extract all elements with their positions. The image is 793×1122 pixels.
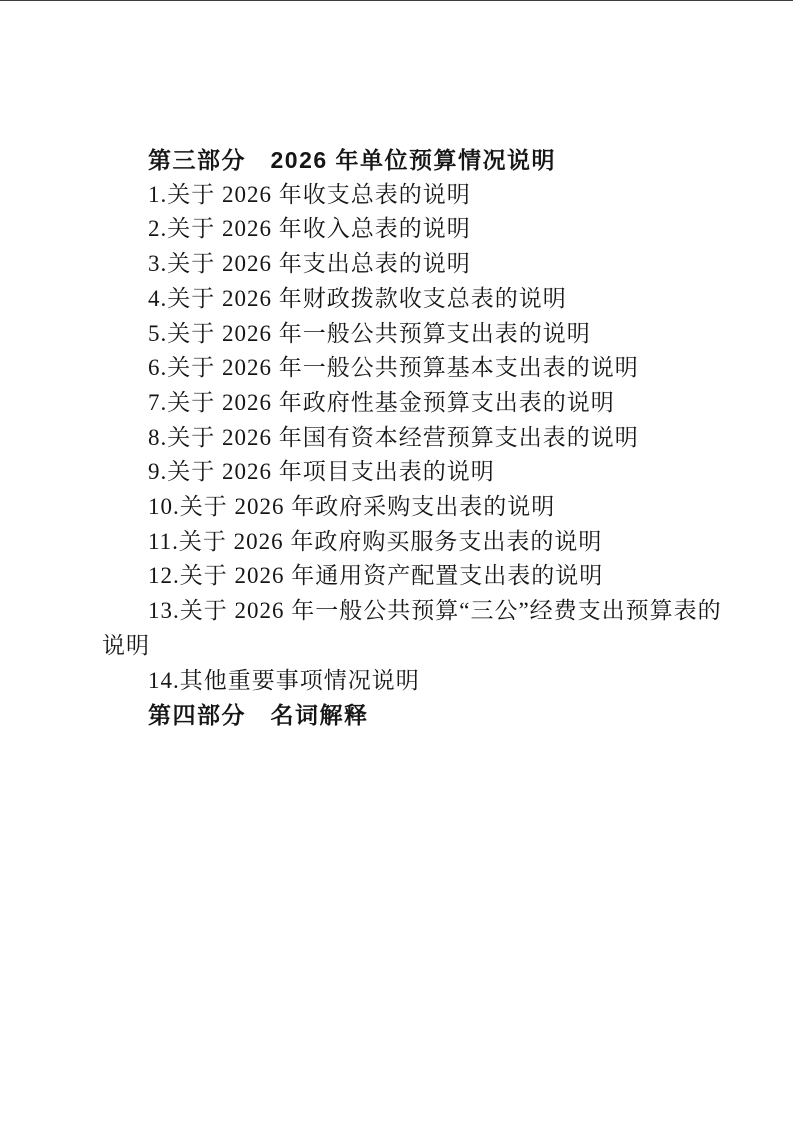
toc-item-8: 8.关于 2026 年国有资本经营预算支出表的说明 xyxy=(102,421,691,456)
toc-content: 第三部分 2026 年单位预算情况说明 1.关于 2026 年收支总表的说明 2… xyxy=(102,143,691,733)
toc-item-13-continuation: 说明 xyxy=(102,629,691,664)
toc-item-2: 2.关于 2026 年收入总表的说明 xyxy=(102,212,691,247)
section3-heading: 第三部分 2026 年单位预算情况说明 xyxy=(102,143,691,178)
document-page: 第三部分 2026 年单位预算情况说明 1.关于 2026 年收支总表的说明 2… xyxy=(0,0,793,1122)
toc-item-7: 7.关于 2026 年政府性基金预算支出表的说明 xyxy=(102,386,691,421)
toc-item-4: 4.关于 2026 年财政拨款收支总表的说明 xyxy=(102,282,691,317)
toc-item-9: 9.关于 2026 年项目支出表的说明 xyxy=(102,455,691,490)
toc-item-13: 13.关于 2026 年一般公共预算“三公”经费支出预算表的 xyxy=(102,594,691,629)
toc-item-12: 12.关于 2026 年通用资产配置支出表的说明 xyxy=(102,559,691,594)
toc-item-5: 5.关于 2026 年一般公共预算支出表的说明 xyxy=(102,317,691,352)
toc-item-3: 3.关于 2026 年支出总表的说明 xyxy=(102,247,691,282)
toc-item-6: 6.关于 2026 年一般公共预算基本支出表的说明 xyxy=(102,351,691,386)
toc-item-10: 10.关于 2026 年政府采购支出表的说明 xyxy=(102,490,691,525)
toc-item-1: 1.关于 2026 年收支总表的说明 xyxy=(102,178,691,213)
section4-heading: 第四部分 名词解释 xyxy=(102,698,691,733)
toc-item-11: 11.关于 2026 年政府购买服务支出表的说明 xyxy=(102,525,691,560)
toc-item-14: 14.其他重要事项情况说明 xyxy=(102,664,691,699)
